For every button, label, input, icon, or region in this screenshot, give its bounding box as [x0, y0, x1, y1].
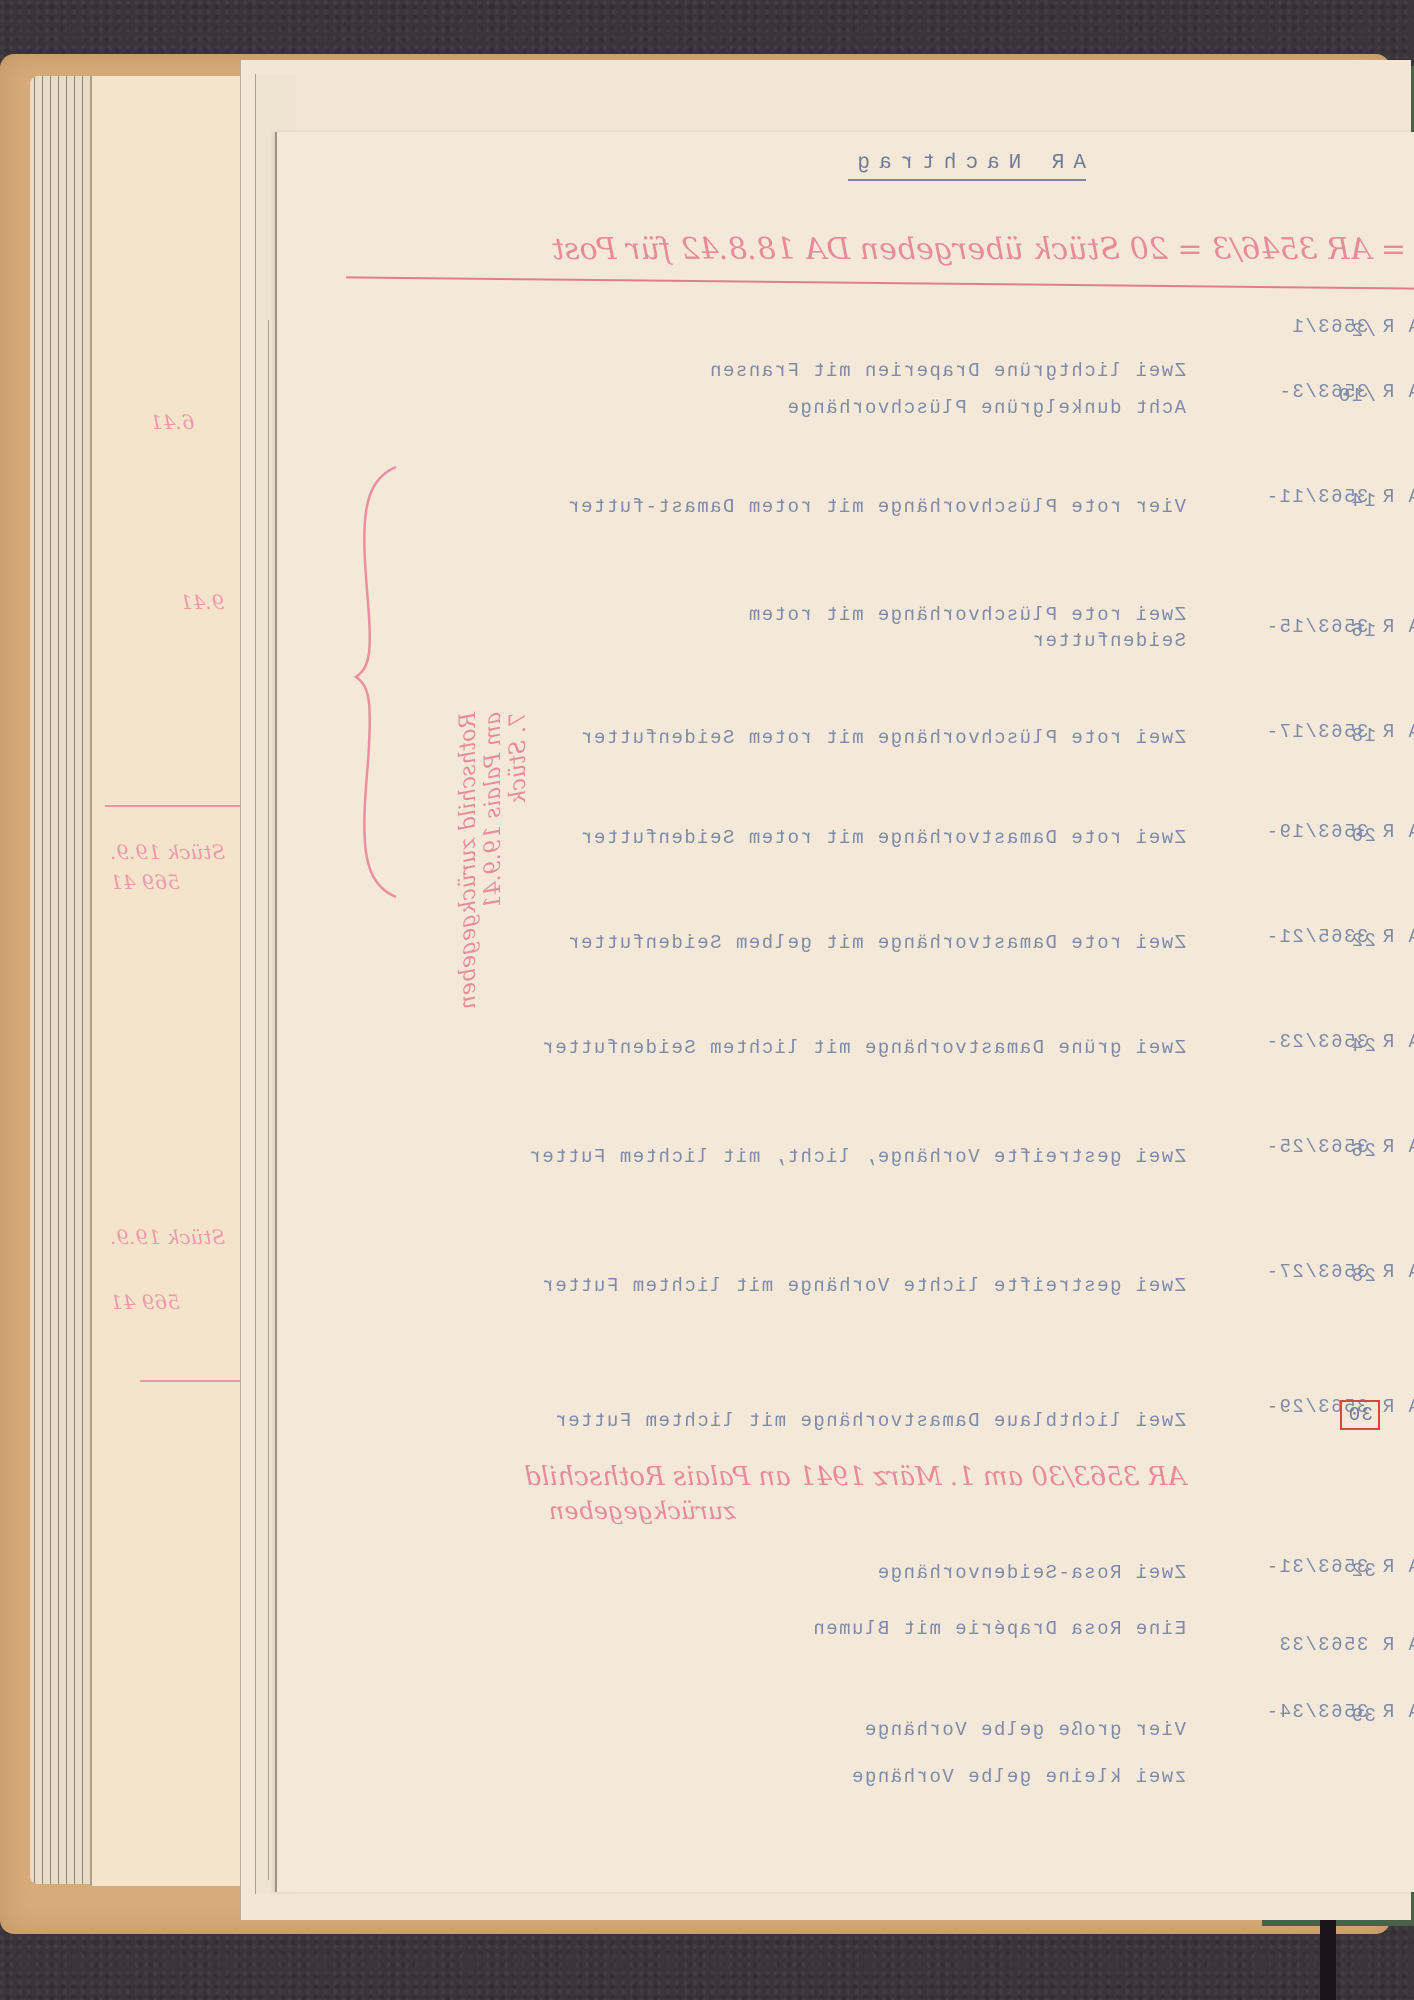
mirrored-content: AR Nachtrag = AR 3546/3 = 20 Stück überg… [277, 132, 1414, 1892]
item-description: Acht dunkelgrüne Plüschvorhänge [386, 395, 1186, 421]
boxed-number: 30 [1340, 1400, 1380, 1430]
margin-note: 6.41 [150, 410, 195, 434]
document-title: AR Nachtrag [848, 152, 1086, 181]
item-description: Zwei rote Plüschvorhänge mit rotem Seide… [646, 602, 1186, 654]
margin-rule [140, 1380, 240, 1382]
document-sheet: AR Nachtrag = AR 3546/3 = 20 Stück überg… [275, 132, 1414, 1892]
page-edges [30, 76, 90, 1884]
item-description: Vier große gelbe Vorhänge [386, 1717, 1186, 1743]
bracket-annotation [346, 462, 406, 902]
item-description: Zwei rote Damastvorhänge mit gelbem Seid… [386, 930, 1186, 956]
item-description: Eine Rosa Drapérie mit Blumen [386, 1616, 1186, 1642]
item-code: A R 3563/33 [1280, 1632, 1414, 1658]
list-item: A R 3365/21- 22 Zwei rote Damastvorhänge… [277, 902, 1414, 1012]
margin-note: Stück 19.9. [110, 1225, 225, 1249]
margin-rule [105, 805, 245, 807]
item-description: Zwei Rosa-Seidenvorhänge [386, 1560, 1186, 1586]
list-item: zwei kleine gelbe Vorhänge [277, 1752, 1414, 1818]
list-item: A R 3563/15- 16 Zwei rote Plüschvorhänge… [277, 592, 1414, 702]
list-item: A R 3563/23- 24 Zwei grüne Damastvorhäng… [277, 1007, 1414, 1117]
bracket-note: am Palais 19.9.41 [481, 712, 506, 909]
item-30-annotation: AR 3563/30 am 1. März 1941 an Palais Rot… [524, 1462, 1186, 1492]
bracket-note: 7. Stück [506, 712, 531, 804]
item-code-cont: 20 [1236, 823, 1376, 849]
list-item: A R 3563/11- 14 Vier rote Plüschvorhänge… [277, 462, 1414, 572]
item-code-cont: 28 [1236, 1263, 1376, 1289]
item-code-cont: /10 [1236, 383, 1376, 409]
item-description: zwei kleine gelbe Vorhänge [386, 1764, 1186, 1790]
margin-note: Stück 19.9. [110, 840, 225, 864]
margin-note: 9.41 [180, 590, 225, 614]
header-annotation: = AR 3546/3 = 20 Stück übergeben DA 18.8… [552, 232, 1406, 267]
margin-note: 569 41 [110, 1290, 180, 1314]
item-description: Zwei rote Damastvorhänge mit rotem Seide… [386, 825, 1186, 851]
item-description: Vier rote Plüschvorhänge mit rotem Damas… [546, 494, 1186, 520]
item-description: Zwei gestreifte lichte Vorhänge mit lich… [486, 1273, 1186, 1299]
item-code-cont: /2 [1236, 318, 1376, 344]
item-description: Zwei gestreifte Vorhänge, licht, mit lic… [486, 1144, 1186, 1170]
list-item: A R 3563/3- /10 Acht dunkelgrüne Plüschv… [277, 357, 1414, 467]
bracket-note: Rothschild zurückgegeben [456, 712, 481, 1009]
list-item: A R 3563/17- 18 Zwei rote Plüschvorhänge… [277, 697, 1414, 807]
item-code-cont: 14 [1236, 488, 1376, 514]
list-item: A R 3563/27- 28 Zwei gestreifte lichte V… [277, 1237, 1414, 1347]
margin-note: 569 41 [110, 870, 180, 894]
list-item: A R 3563/19- 20 Zwei rote Damastvorhänge… [277, 797, 1414, 907]
item-code-cont: 16 [1236, 618, 1376, 644]
item-code-cont: 39 [1236, 1703, 1376, 1729]
header-underline [346, 276, 1414, 289]
item-description: Zwei grüne Damastvorhänge mit lichtem Se… [386, 1035, 1186, 1061]
item-description: Zwei lichtblaue Damastvorhänge mit licht… [486, 1408, 1186, 1434]
list-item: A R 3563/25- 26 Zwei gestreifte Vorhänge… [277, 1112, 1414, 1222]
item-code-cont: 24 [1236, 1033, 1376, 1059]
item-code-cont: 32 [1236, 1558, 1376, 1584]
item-code-cont: 18 [1236, 723, 1376, 749]
item-code-cont: 26 [1236, 1138, 1376, 1164]
item-code-cont: 22 [1236, 928, 1376, 954]
item-30-annotation-cont: zurückgegeben [549, 1497, 736, 1525]
